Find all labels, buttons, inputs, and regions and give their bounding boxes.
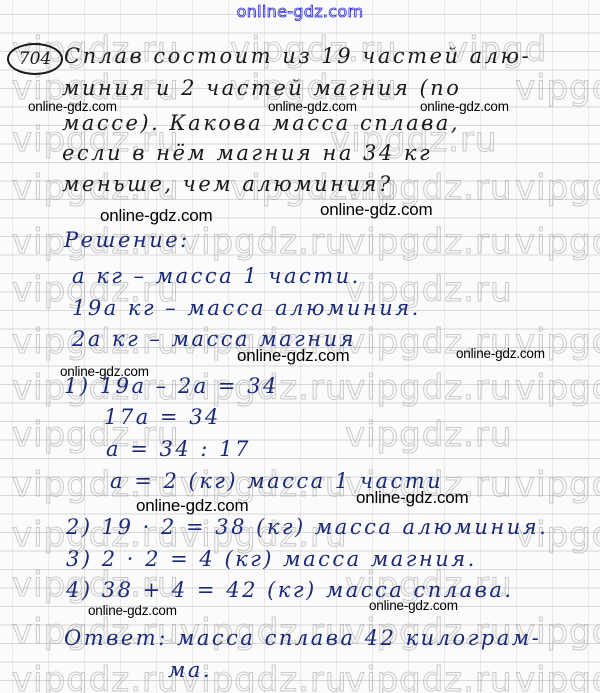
- watermark-vipgdz: vipgdz.ru: [345, 660, 513, 693]
- problem-number-badge: 704: [7, 43, 63, 75]
- watermark-online-gdz: online-gdz.com: [268, 99, 357, 114]
- given-line: 19a кг – масса алюминия.: [72, 296, 421, 320]
- answer-line: ма.: [168, 658, 212, 682]
- problem-line: если в нём магния на 34 кг: [62, 141, 432, 165]
- step-line: a = 34 : 17: [106, 437, 251, 461]
- step-line: 17a = 34: [104, 405, 221, 429]
- answer-line: Ответ: масса сплава 42 килограм-: [64, 626, 541, 650]
- watermark-vipgdz: vipgd: [515, 368, 600, 408]
- watermark-online-gdz: online-gdz.com: [100, 206, 212, 226]
- problem-line: Сплав состоит из 19 частей алю-: [64, 44, 531, 68]
- watermark-vipgdz: vipgd: [515, 168, 600, 208]
- watermark-online-gdz: online-gdz.com: [420, 99, 509, 114]
- watermark-vipgdz: vipgd: [515, 68, 600, 108]
- watermark-vipgdz: vipgdz.ru: [345, 222, 513, 262]
- watermark-online-gdz: online-gdz.com: [237, 346, 349, 366]
- watermark-online-gdz: online-gdz.com: [88, 603, 177, 618]
- watermark-online-gdz: online-gdz.com: [356, 488, 468, 508]
- solution-heading: Решение:: [64, 228, 190, 252]
- watermark-vipgdz: vipgd: [515, 660, 600, 693]
- watermark-vipgdz: vipgdz.ru: [180, 222, 348, 262]
- watermark-vipgdz: vipgd: [515, 222, 600, 262]
- site-header-link[interactable]: online-gdz.com: [0, 2, 600, 21]
- watermark-vipgdz: vipgdz.ru: [12, 660, 180, 693]
- problem-line: миния и 2 частей магния (по: [62, 76, 461, 100]
- watermark-online-gdz: online-gdz.com: [456, 346, 545, 361]
- step-line: 3) 2 · 2 = 4 (кг) масса магния.: [66, 547, 477, 571]
- watermark-vipgdz: vipgd: [515, 465, 600, 505]
- watermark-online-gdz: online-gdz.com: [320, 200, 432, 220]
- problem-line: меньше, чем алюминия?: [62, 172, 393, 196]
- watermark-online-gdz: online-gdz.com: [60, 364, 149, 379]
- problem-line: массе). Какова масса сплава,: [62, 111, 460, 135]
- step-line: 2) 19 · 2 = 38 (кг) масса алюминия.: [66, 515, 548, 539]
- given-line: a кг – масса 1 части.: [72, 264, 361, 288]
- watermark-online-gdz: online-gdz.com: [369, 598, 458, 613]
- notebook-page: online-gdz.com vipgdz.ru vipgdz.ru vipgd…: [0, 0, 600, 693]
- watermark-online-gdz: online-gdz.com: [28, 99, 117, 114]
- watermark-online-gdz: online-gdz.com: [136, 496, 248, 516]
- watermark-vipgdz: vipgdz.ru: [345, 415, 513, 455]
- watermark-vipgdz: vipgdz.ru: [345, 368, 513, 408]
